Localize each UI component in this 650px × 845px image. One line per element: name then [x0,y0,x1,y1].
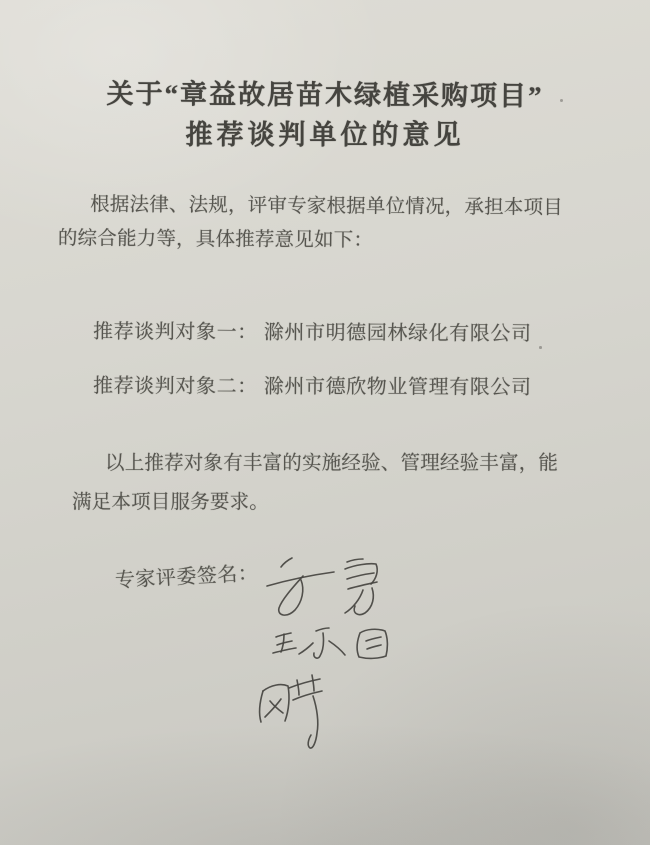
recommendation-2-label: 推荐谈判对象二： [93,375,258,398]
document-photo: 关于“章益故居苗木绿植采购项目” 推荐谈判单位的意见 根据法律、法规，评审专家根… [0,0,650,845]
signature-handwriting-2 [273,628,387,658]
paper-speck [539,346,542,349]
conclusion-line-2: 满足本项目服务要求。 [72,483,558,522]
handwritten-signatures [238,543,413,763]
recommendation-line-2: 推荐谈判对象二：滁州市德欣物业管理有限公司 [93,373,532,401]
recommendation-1-label: 推荐谈判对象一： [93,321,258,344]
recommendation-line-1: 推荐谈判对象一：滁州市明德园林绿化有限公司 [93,319,532,347]
intro-line-2: 的综合能力等，具体推荐意见如下： [58,222,563,260]
intro-line-1: 根据法律、法规，评审专家根据单位情况，承担本项目 [58,188,563,226]
conclusion-paragraph: 以上推荐对象有丰富的实施经验、管理经验丰富，能 满足本项目服务要求。 [72,444,558,522]
recommendation-2-company: 滁州市德欣物业管理有限公司 [264,376,532,399]
signature-handwriting-3 [260,675,322,748]
document-title-line-2: 推荐谈判单位的意见 [0,118,650,152]
document-title-line-1: 关于“章益故居苗木绿植采购项目” [0,76,650,113]
conclusion-line-1: 以上推荐对象有丰富的实施经验、管理经验丰富，能 [72,444,558,483]
signature-handwriting-1 [267,558,377,615]
intro-paragraph: 根据法律、法规，评审专家根据单位情况，承担本项目 的综合能力等，具体推荐意见如下… [58,188,563,260]
recommendation-1-company: 滁州市明德园林绿化有限公司 [264,322,532,345]
paper-speck [560,99,563,102]
